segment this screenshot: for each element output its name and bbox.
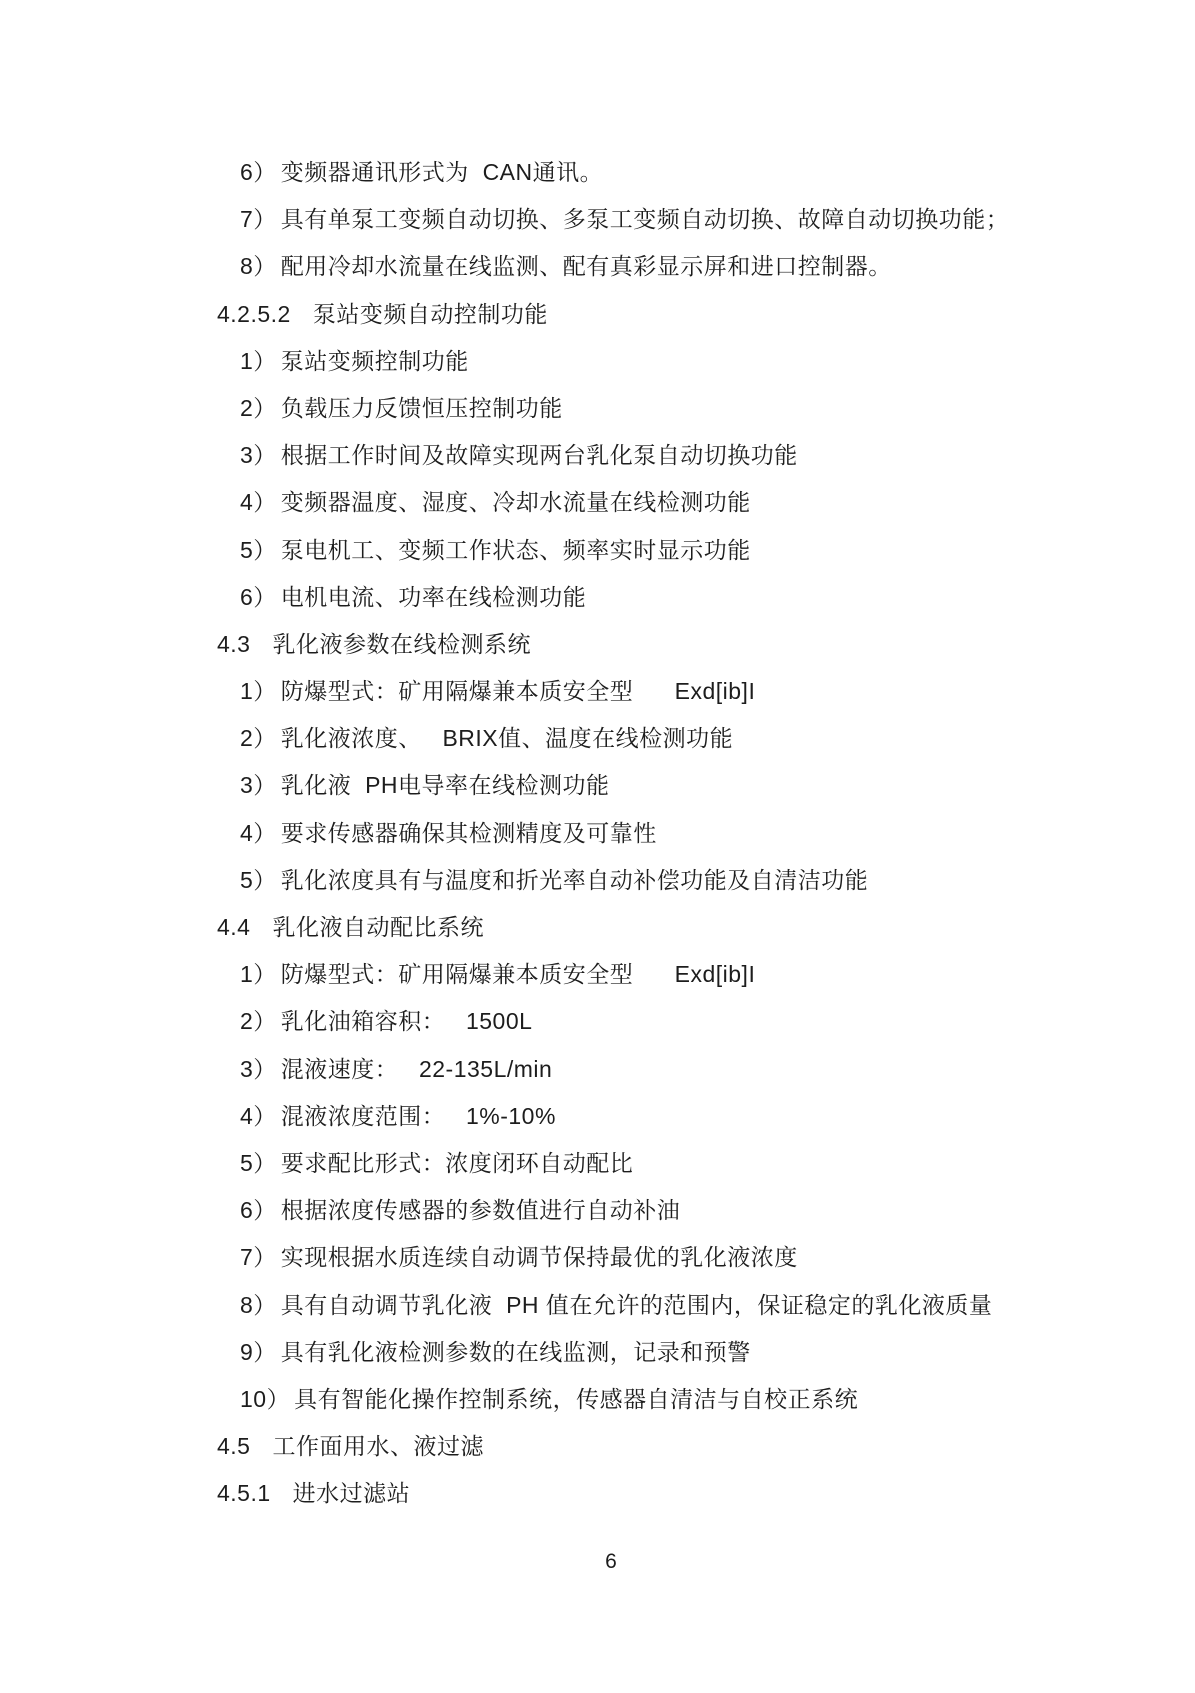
line-text: 乳化液 PH电导率在线检测功能 [281, 762, 610, 809]
section-title: 乳化液自动配比系统 [272, 904, 484, 951]
list-item: 5）乳化浓度具有与温度和折光率自动补偿功能及自清洁功能 [0, 857, 1195, 904]
line-text: 具有单泵工变频自动切换、多泵工变频自动切换、故障自动切换功能； [281, 196, 1010, 243]
line-text: 具有自动调节乳化液 PH 值在允许的范围内，保证稳定的乳化液质量 [281, 1282, 993, 1329]
line-text: 乳化浓度具有与温度和折光率自动补偿功能及自清洁功能 [281, 857, 869, 904]
list-item: 1）泵站变频控制功能 [0, 338, 1195, 385]
line-text: 要求配比形式：浓度闭环自动配比 [281, 1140, 634, 1187]
line-text: 混液速度： 22-135L/min [281, 1046, 553, 1093]
item-number: 5） [240, 527, 277, 574]
line-text: 根据工作时间及故障实现两台乳化泵自动切换功能 [281, 432, 798, 479]
item-number: 2） [240, 998, 277, 1045]
item-number: 6） [240, 574, 277, 621]
section-title: 泵站变频自动控制功能 [313, 291, 548, 338]
item-number: 6） [240, 149, 277, 196]
section-title: 进水过滤站 [293, 1470, 411, 1517]
list-item: 5）泵电机工、变频工作状态、频率实时显示功能 [0, 527, 1195, 574]
line-text: 防爆型式：矿用隔爆兼本质安全型 Exd[ib]I [281, 668, 756, 715]
list-item: 2）乳化油箱容积： 1500L [0, 998, 1195, 1045]
section-heading: 4.5工作面用水、液过滤 [0, 1423, 1195, 1470]
item-number: 4） [240, 810, 277, 857]
section-number: 4.5.1 [217, 1470, 271, 1517]
line-text: 根据浓度传感器的参数值进行自动补油 [281, 1187, 681, 1234]
item-number: 3） [240, 432, 277, 479]
line-text: 具有智能化操作控制系统，传感器自清洁与自校正系统 [294, 1376, 858, 1423]
section-heading: 4.4乳化液自动配比系统 [0, 904, 1195, 951]
section-title: 工作面用水、液过滤 [272, 1423, 484, 1470]
item-number: 2） [240, 385, 277, 432]
line-text: 泵站变频控制功能 [281, 338, 469, 385]
item-number: 2） [240, 715, 277, 762]
list-item: 2）乳化液浓度、 BRIX值、温度在线检测功能 [0, 715, 1195, 762]
section-number: 4.5 [217, 1423, 250, 1470]
section-number: 4.4 [217, 904, 250, 951]
item-number: 1） [240, 668, 277, 715]
list-item: 6）电机电流、功率在线检测功能 [0, 574, 1195, 621]
item-number: 9） [240, 1329, 277, 1376]
line-text: 防爆型式：矿用隔爆兼本质安全型 Exd[ib]I [281, 951, 756, 998]
item-number: 7） [240, 1234, 277, 1281]
list-item: 4）要求传感器确保其检测精度及可靠性 [0, 810, 1195, 857]
list-item: 10）具有智能化操作控制系统，传感器自清洁与自校正系统 [0, 1376, 1195, 1423]
item-number: 1） [240, 338, 277, 385]
item-number: 4） [240, 1093, 277, 1140]
item-number: 4） [240, 479, 277, 526]
list-item: 4）混液浓度范围： 1%-10% [0, 1093, 1195, 1140]
line-text: 实现根据水质连续自动调节保持最优的乳化液浓度 [281, 1234, 798, 1281]
line-text: 配用冷却水流量在线监测、配有真彩显示屏和进口控制器。 [281, 243, 892, 290]
list-item: 3）根据工作时间及故障实现两台乳化泵自动切换功能 [0, 432, 1195, 479]
list-item: 3）乳化液 PH电导率在线检测功能 [0, 762, 1195, 809]
item-number: 3） [240, 762, 277, 809]
section-heading: 4.3乳化液参数在线检测系统 [0, 621, 1195, 668]
item-number: 7） [240, 196, 277, 243]
line-text: 具有乳化液检测参数的在线监测，记录和预警 [281, 1329, 751, 1376]
line-text: 负载压力反馈恒压控制功能 [281, 385, 563, 432]
list-item: 6）变频器通讯形式为 CAN通讯。 [0, 149, 1195, 196]
line-text: 变频器温度、湿度、冷却水流量在线检测功能 [281, 479, 751, 526]
line-text: 泵电机工、变频工作状态、频率实时显示功能 [281, 527, 751, 574]
list-item: 2）负载压力反馈恒压控制功能 [0, 385, 1195, 432]
line-text: 变频器通讯形式为 CAN通讯。 [281, 149, 603, 196]
list-item: 8）具有自动调节乳化液 PH 值在允许的范围内，保证稳定的乳化液质量 [0, 1282, 1195, 1329]
item-number: 6） [240, 1187, 277, 1234]
section-number: 4.3 [217, 621, 250, 668]
document-page: 6）变频器通讯形式为 CAN通讯。 7）具有单泵工变频自动切换、多泵工变频自动切… [0, 0, 1195, 1693]
item-number: 5） [240, 857, 277, 904]
document-body: 6）变频器通讯形式为 CAN通讯。 7）具有单泵工变频自动切换、多泵工变频自动切… [0, 149, 1195, 1517]
list-item: 9）具有乳化液检测参数的在线监测，记录和预警 [0, 1329, 1195, 1376]
line-text: 电机电流、功率在线检测功能 [281, 574, 587, 621]
list-item: 1）防爆型式：矿用隔爆兼本质安全型 Exd[ib]I [0, 668, 1195, 715]
line-text: 要求传感器确保其检测精度及可靠性 [281, 810, 657, 857]
line-text: 乳化油箱容积： 1500L [281, 998, 533, 1045]
item-number: 5） [240, 1140, 277, 1187]
list-item: 1）防爆型式：矿用隔爆兼本质安全型 Exd[ib]I [0, 951, 1195, 998]
item-number: 8） [240, 1282, 277, 1329]
list-item: 3）混液速度： 22-135L/min [0, 1046, 1195, 1093]
list-item: 7）实现根据水质连续自动调节保持最优的乳化液浓度 [0, 1234, 1195, 1281]
line-text: 乳化液浓度、 BRIX值、温度在线检测功能 [281, 715, 733, 762]
section-heading: 4.2.5.2泵站变频自动控制功能 [0, 291, 1195, 338]
list-item: 6）根据浓度传感器的参数值进行自动补油 [0, 1187, 1195, 1234]
page-number: 6 [27, 1549, 1195, 1575]
item-number: 1） [240, 951, 277, 998]
section-heading: 4.5.1进水过滤站 [0, 1470, 1195, 1517]
item-number: 3） [240, 1046, 277, 1093]
list-item: 5）要求配比形式：浓度闭环自动配比 [0, 1140, 1195, 1187]
line-text: 混液浓度范围： 1%-10% [281, 1093, 556, 1140]
section-title: 乳化液参数在线检测系统 [272, 621, 531, 668]
item-number: 8） [240, 243, 277, 290]
section-number: 4.2.5.2 [217, 291, 291, 338]
list-item: 4）变频器温度、湿度、冷却水流量在线检测功能 [0, 479, 1195, 526]
list-item: 8）配用冷却水流量在线监测、配有真彩显示屏和进口控制器。 [0, 243, 1195, 290]
item-number: 10） [240, 1376, 290, 1423]
list-item: 7）具有单泵工变频自动切换、多泵工变频自动切换、故障自动切换功能； [0, 196, 1195, 243]
